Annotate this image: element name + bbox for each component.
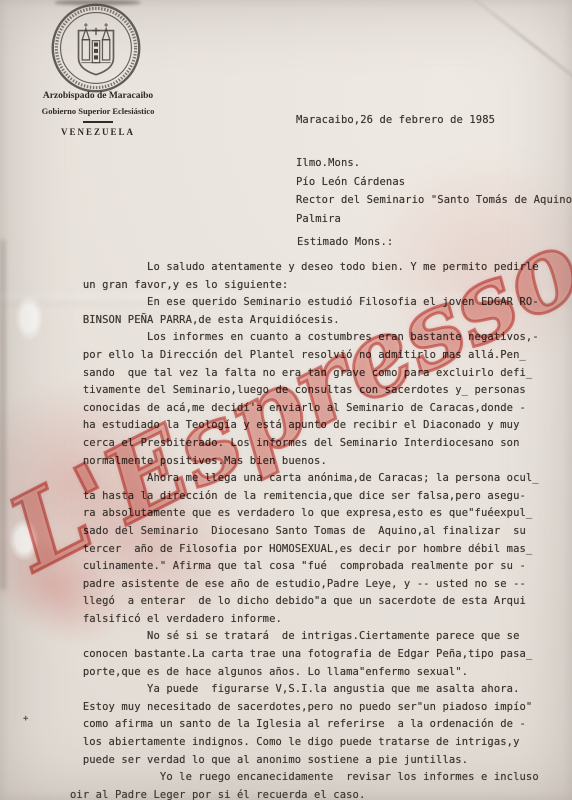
letterhead: Arzobispado de Maracaibo Gobierno Superi…	[28, 91, 168, 137]
stray-plus-mark: +	[23, 714, 29, 724]
text-line: Yo le ruego encanecidamente revisar los …	[70, 769, 572, 787]
text-line: llegó a enterar de lo dicho debido"a que…	[70, 593, 572, 611]
text-line: conocen bastante.La carta trae una fotog…	[70, 646, 572, 664]
text-line: falsificó el verdadero informe.	[70, 611, 572, 629]
text-line: porte,que es de hace algunos años. Lo ll…	[70, 664, 572, 682]
text-line: puede ser verdad lo que al anonimo sosti…	[70, 752, 572, 770]
letterhead-org-line1: Arzobispado de Maracaibo	[28, 91, 168, 101]
text-line: No sé si se tratará de intrigas.Ciertame…	[70, 628, 572, 646]
edge-shadow	[0, 240, 6, 590]
text-line: padre asistente de ese año de estudio,Pa…	[70, 576, 572, 594]
paper-damage-spot	[15, 295, 43, 341]
text-line: como afirma un santo de la Iglesia al re…	[70, 716, 572, 734]
dateline: Maracaibo,26 de febrero de 1985	[296, 114, 495, 126]
archdiocese-coat-of-arms-seal-icon	[50, 2, 142, 94]
text-line: Ya puede figurarse V,S.I.la angustia que…	[70, 681, 572, 699]
paper-crease	[451, 0, 572, 112]
letterhead-org-line2: Gobierno Superior Eclesiástico	[28, 106, 168, 116]
letter-page: Arzobispado de Maracaibo Gobierno Superi…	[0, 0, 572, 800]
text-line: Ilmo.Mons.	[296, 154, 572, 173]
text-line: los abiertamente indignos. Como le digo …	[70, 734, 572, 752]
text-line: Pío León Cárdenas	[296, 173, 572, 192]
text-line: Estoy muy necesitado de sacerdotes,pero …	[70, 699, 572, 717]
text-line: oir al Padre Leger por si él recuerda el…	[70, 787, 572, 800]
letterhead-country: VENEZUELA	[28, 127, 168, 137]
text-line: culinamente." Afirma que tal cosa "fué c…	[70, 558, 572, 576]
salutation: Estimado Mons.:	[297, 236, 393, 248]
letterhead-rule	[83, 121, 113, 123]
